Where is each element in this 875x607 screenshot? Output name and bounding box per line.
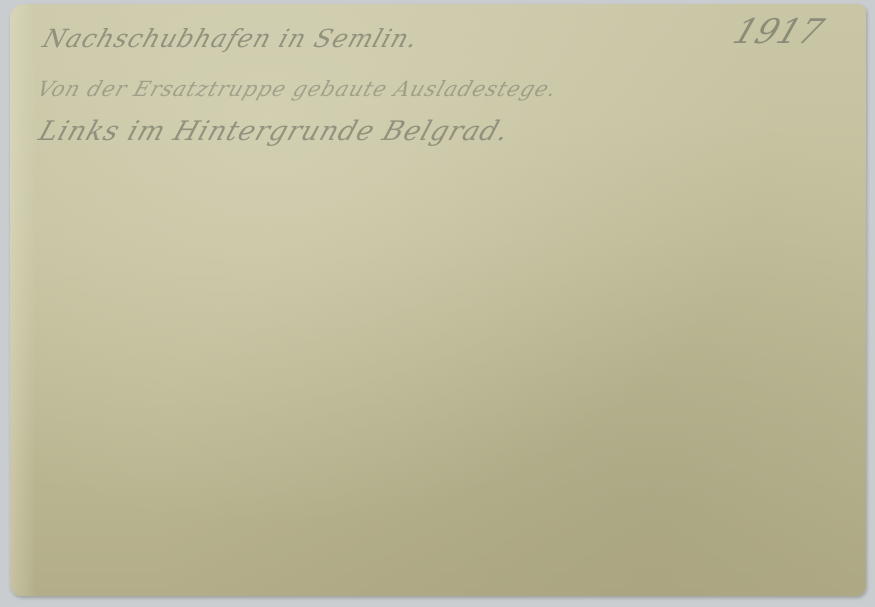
handwriting-line-1: Nachschubhafen in Semlin.	[39, 24, 422, 53]
handwriting-line-2: Von der Ersatztruppe gebaute Ausladesteg…	[34, 77, 560, 101]
handwriting-line-3: Links im Hintergrunde Belgrad.	[35, 116, 513, 147]
year-annotation: 1917	[728, 12, 829, 52]
photo-card-back: Nachschubhafen in Semlin. Von der Ersatz…	[10, 4, 866, 596]
